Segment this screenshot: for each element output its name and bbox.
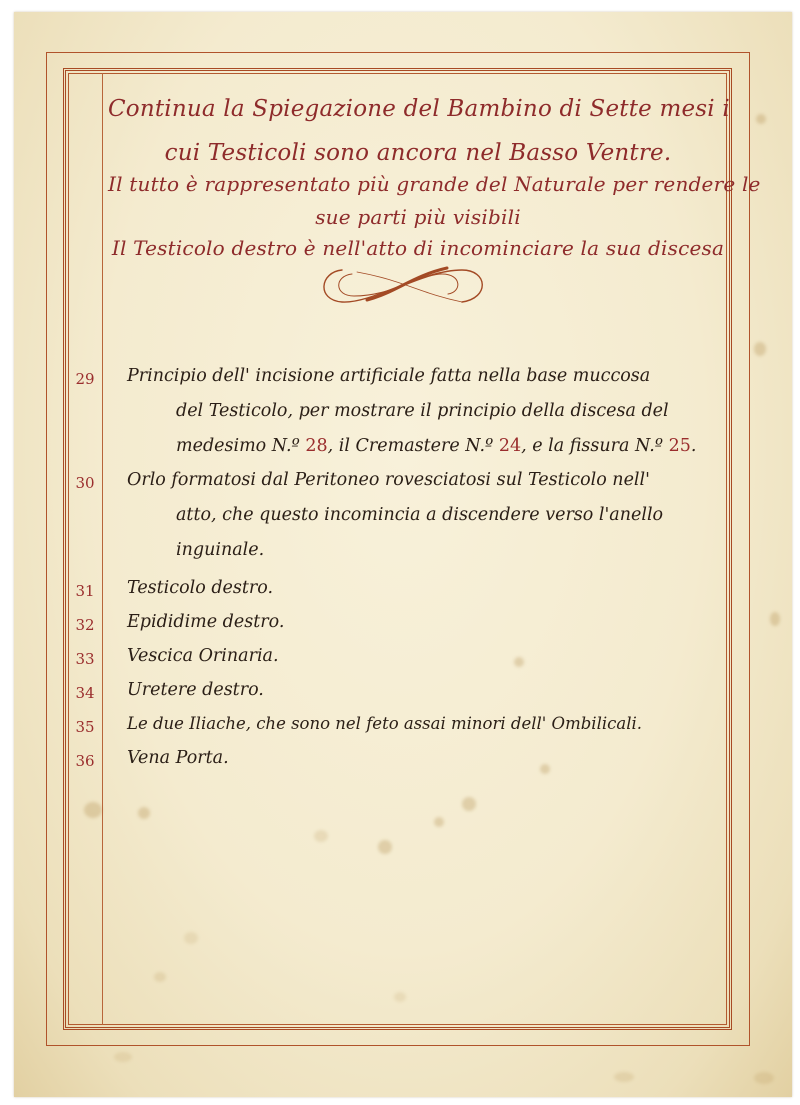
- entry-number: 30: [72, 474, 98, 492]
- entry-number: 33: [72, 650, 98, 668]
- entry-34-text: Uretere destro.: [127, 680, 264, 700]
- foxing-stain: [756, 114, 766, 124]
- note-line-1: Il tutto è rappresentato più grande del …: [108, 172, 728, 196]
- reference-number: 24: [499, 436, 521, 456]
- entry-30-line-2: atto, che questo incomincia a discendere…: [176, 505, 663, 525]
- entry-number: 31: [72, 582, 98, 600]
- foxing-stain: [770, 612, 780, 626]
- note-line-2: sue parti più visibili: [108, 205, 728, 229]
- entry-33-text: Vescica Orinaria.: [127, 646, 279, 666]
- number-margin-rule: [102, 73, 103, 1025]
- entry-29-line-3-text: .: [691, 436, 697, 456]
- title-line-2: cui Testicoli sono ancora nel Basso Vent…: [108, 140, 728, 166]
- entry-36-text: Vena Porta.: [127, 748, 229, 768]
- entry-number: 36: [72, 752, 98, 770]
- entry-30-line-3: inguinale.: [176, 540, 264, 560]
- entry-29-line-3-text: , e la fissura N.º: [521, 436, 668, 456]
- reference-number: 28: [305, 436, 327, 456]
- entry-number: 35: [72, 718, 98, 736]
- entry-number: 32: [72, 616, 98, 634]
- flourish-ornament-icon: [312, 262, 492, 308]
- entry-number: 34: [72, 684, 98, 702]
- entry-29-line-1: Principio dell' incisione artificiale fa…: [127, 366, 650, 386]
- entry-30-line-1: Orlo formatosi dal Peritoneo rovesciatos…: [127, 470, 650, 490]
- entry-29-line-3-text: , il Cremastere N.º: [328, 436, 499, 456]
- title-line-1: Continua la Spiegazione del Bambino di S…: [108, 96, 728, 122]
- note-line-3: Il Testicolo destro è nell'atto di incom…: [108, 236, 728, 260]
- foxing-stain: [754, 342, 766, 356]
- entry-29-line-2: del Testicolo, per mostrare il principio…: [176, 401, 669, 421]
- entry-32-text: Epididime destro.: [127, 612, 284, 632]
- foxing-stain: [754, 1072, 774, 1084]
- entry-29-line-3-text: medesimo N.º: [176, 436, 305, 456]
- entry-number: 29: [72, 370, 98, 388]
- entry-29-line-3: medesimo N.º 28, il Cremastere N.º 24, e…: [176, 436, 696, 456]
- reference-number: 25: [669, 436, 691, 456]
- foxing-stain: [614, 1072, 634, 1082]
- entry-35-text: Le due Iliache, che sono nel feto assai …: [127, 714, 642, 733]
- entry-31-text: Testicolo destro.: [127, 578, 273, 598]
- foxing-stain: [114, 1052, 132, 1062]
